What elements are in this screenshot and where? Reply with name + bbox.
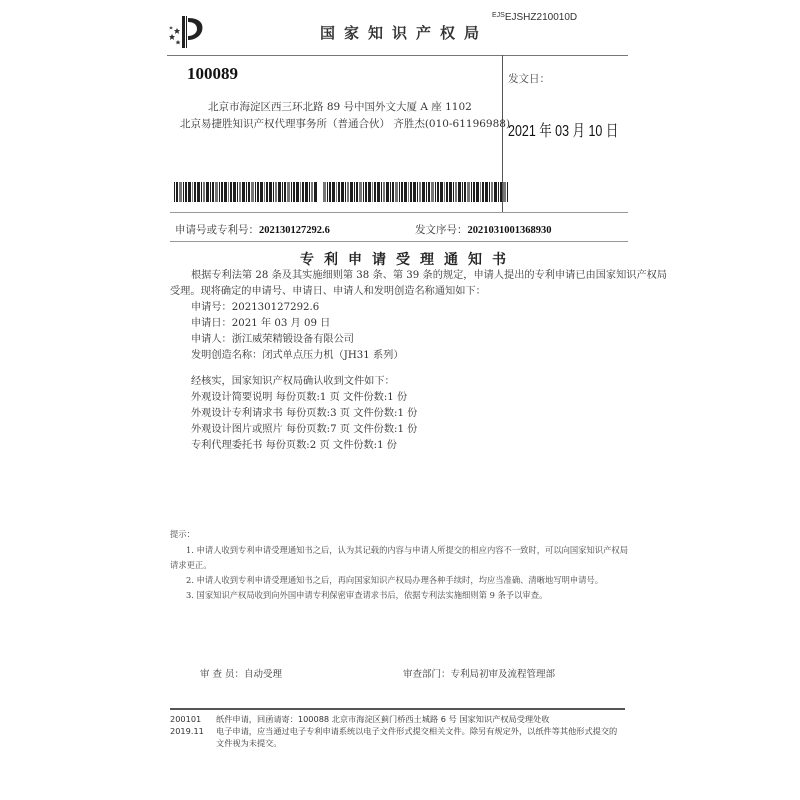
hint-item-1: 1. 申请人收到专利申请受理通知书之后，认为其记载的内容与申请人所提交的相应内容…	[186, 542, 628, 558]
document-item: 外观设计图片或照片 每份页数:7 页 文件份数:1 份	[191, 422, 417, 438]
document-item: 专利代理委托书 每份页数:2 页 文件份数:1 份	[191, 438, 397, 454]
hint-item-3: 3. 国家知识产权局收到向外国申请专利保密审查请求书后，依据专利法实施细则第 9…	[186, 587, 547, 603]
serial-number: 2021031001368930	[468, 225, 552, 236]
barcode-right	[323, 182, 509, 202]
document-code: EJSEJSHZ210010D	[492, 12, 577, 23]
field-application-date: 申请日：2021 年 03 月 09 日	[191, 316, 330, 332]
header-rule	[167, 55, 628, 56]
footer-line-2: 电子申请，应当通过电子专利申请系统以电子文件形式提交相关文件。除另有规定外，以纸…	[216, 725, 617, 737]
hint-item-1-cont: 请求更正。	[170, 557, 212, 573]
serial-number-label: 发文序号：	[415, 224, 468, 236]
field-invention-name: 发明创造名称：闭式单点压力机（JH31 系列）	[191, 348, 404, 364]
application-number-row: 申请号或专利号：202130127292.6	[175, 222, 330, 237]
issue-date-label: 发文日：	[508, 71, 550, 86]
intro-line-2: 受理。现将确定的申请号、申请日、申请人和发明创造名称通知如下：	[170, 284, 486, 300]
department: 审查部门：专利局初审及流程管理部	[403, 667, 555, 683]
document-item: 外观设计专利请求书 每份页数:3 页 文件份数:1 份	[191, 406, 417, 422]
document-item: 外观设计简要说明 每份页数:1 页 文件份数:1 份	[191, 390, 407, 406]
hint-item-2: 2. 申请人收到专利申请受理通知书之后，再向国家知识产权局办理各种手续时，均应当…	[186, 572, 603, 588]
footer-line-3: 文件视为未提交。	[216, 737, 282, 749]
field-application-number: 申请号：202130127292.6	[191, 300, 319, 316]
form-date: 2019.11	[170, 725, 204, 737]
application-number: 202130127292.6	[259, 225, 330, 236]
cnipa-logo-icon	[166, 14, 208, 50]
examiner: 审 查 员：自动受理	[200, 667, 282, 683]
document-code-value: EJSHZ210010D	[505, 12, 577, 23]
recipient-agency: 北京易捷胜知识产权代理事务所（普通合伙） 齐胜杰(010-61196988)	[180, 116, 510, 131]
intro-line-1: 根据专利法第 28 条及其实施细则第 38 条、第 39 条的规定，申请人提出的…	[191, 268, 667, 284]
field-applicant: 申请人：浙江威荣精锻设备有限公司	[191, 332, 354, 348]
serial-number-row: 发文序号：2021031001368930	[415, 222, 552, 237]
form-code: 200101	[170, 713, 201, 725]
postcode: 100089	[187, 64, 238, 84]
meta-bottom-rule	[170, 241, 628, 242]
hints-heading: 提示：	[170, 526, 195, 542]
document-code-prefix: EJS	[492, 12, 505, 19]
footer-line-1: 纸件申请，回函请寄：100088 北京市海淀区蓟门桥西土城路 6 号 国家知识产…	[216, 713, 549, 725]
footer-rule	[170, 708, 625, 710]
recipient-address: 北京市海淀区西三环北路 89 号中国外文大厦 A 座 1102	[208, 99, 472, 114]
meta-top-rule	[170, 212, 628, 213]
confirm-intro: 经核实，国家知识产权局确认收到文件如下：	[191, 374, 395, 390]
application-number-label: 申请号或专利号：	[175, 224, 259, 236]
barcode-left	[174, 182, 318, 202]
issue-date: 2021 年 03 月 10 日	[508, 118, 618, 141]
notice-title: 专利申请受理通知书	[300, 249, 516, 269]
organization-name: 国家知识产权局	[320, 22, 488, 43]
